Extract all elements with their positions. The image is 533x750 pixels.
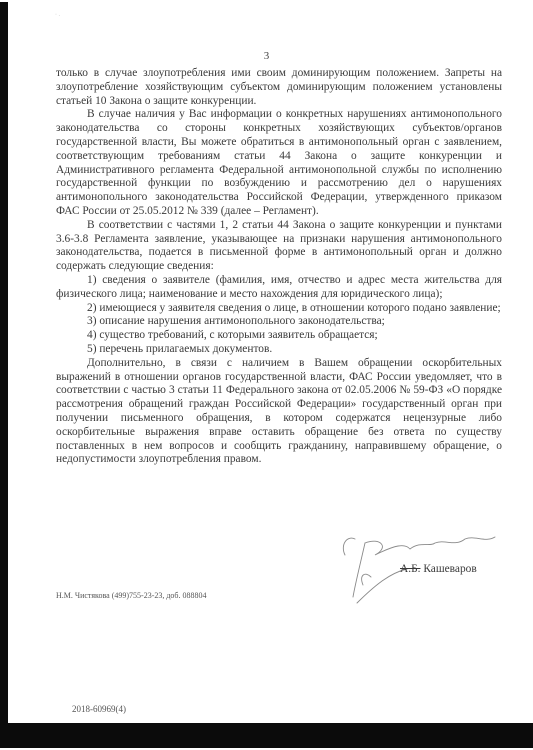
- list-item: 1) сведения о заявителе (фамилия, имя, о…: [56, 274, 502, 302]
- document-number: 2018-60969(4): [72, 704, 126, 714]
- signatory-surname: Кашеваров: [423, 563, 476, 575]
- paragraph: Дополнительно, в связи с наличием в Ваше…: [56, 357, 502, 467]
- signatory-name: А.Б. Кашеваров: [400, 563, 477, 575]
- list-item: 5) перечень прилагаемых документов.: [56, 343, 502, 357]
- list-item: 2) имеющиеся у заявителя сведения о лице…: [56, 302, 502, 316]
- list-item: 4) существо требований, с которыми заяви…: [56, 329, 502, 343]
- scan-border-left: [0, 2, 8, 748]
- page-number: 3: [0, 50, 533, 62]
- letter-body: только в случае злоупотребления ими свои…: [56, 67, 502, 467]
- scan-noise: · .: [55, 12, 60, 18]
- paragraph: В соответствии с частями 1, 2 статьи 44 …: [56, 219, 502, 274]
- paragraph: В случае наличия у Вас информации о конк…: [56, 108, 502, 218]
- executor-contact: Н.М. Чистякова (499)755-23-23, доб. 0888…: [56, 591, 207, 600]
- paragraph: только в случае злоупотребления ими свои…: [56, 67, 502, 108]
- signatory-initials: А.Б.: [400, 563, 420, 575]
- scan-border-bottom: [0, 723, 533, 748]
- list-item: 3) описание нарушения антимонопольного з…: [56, 315, 502, 329]
